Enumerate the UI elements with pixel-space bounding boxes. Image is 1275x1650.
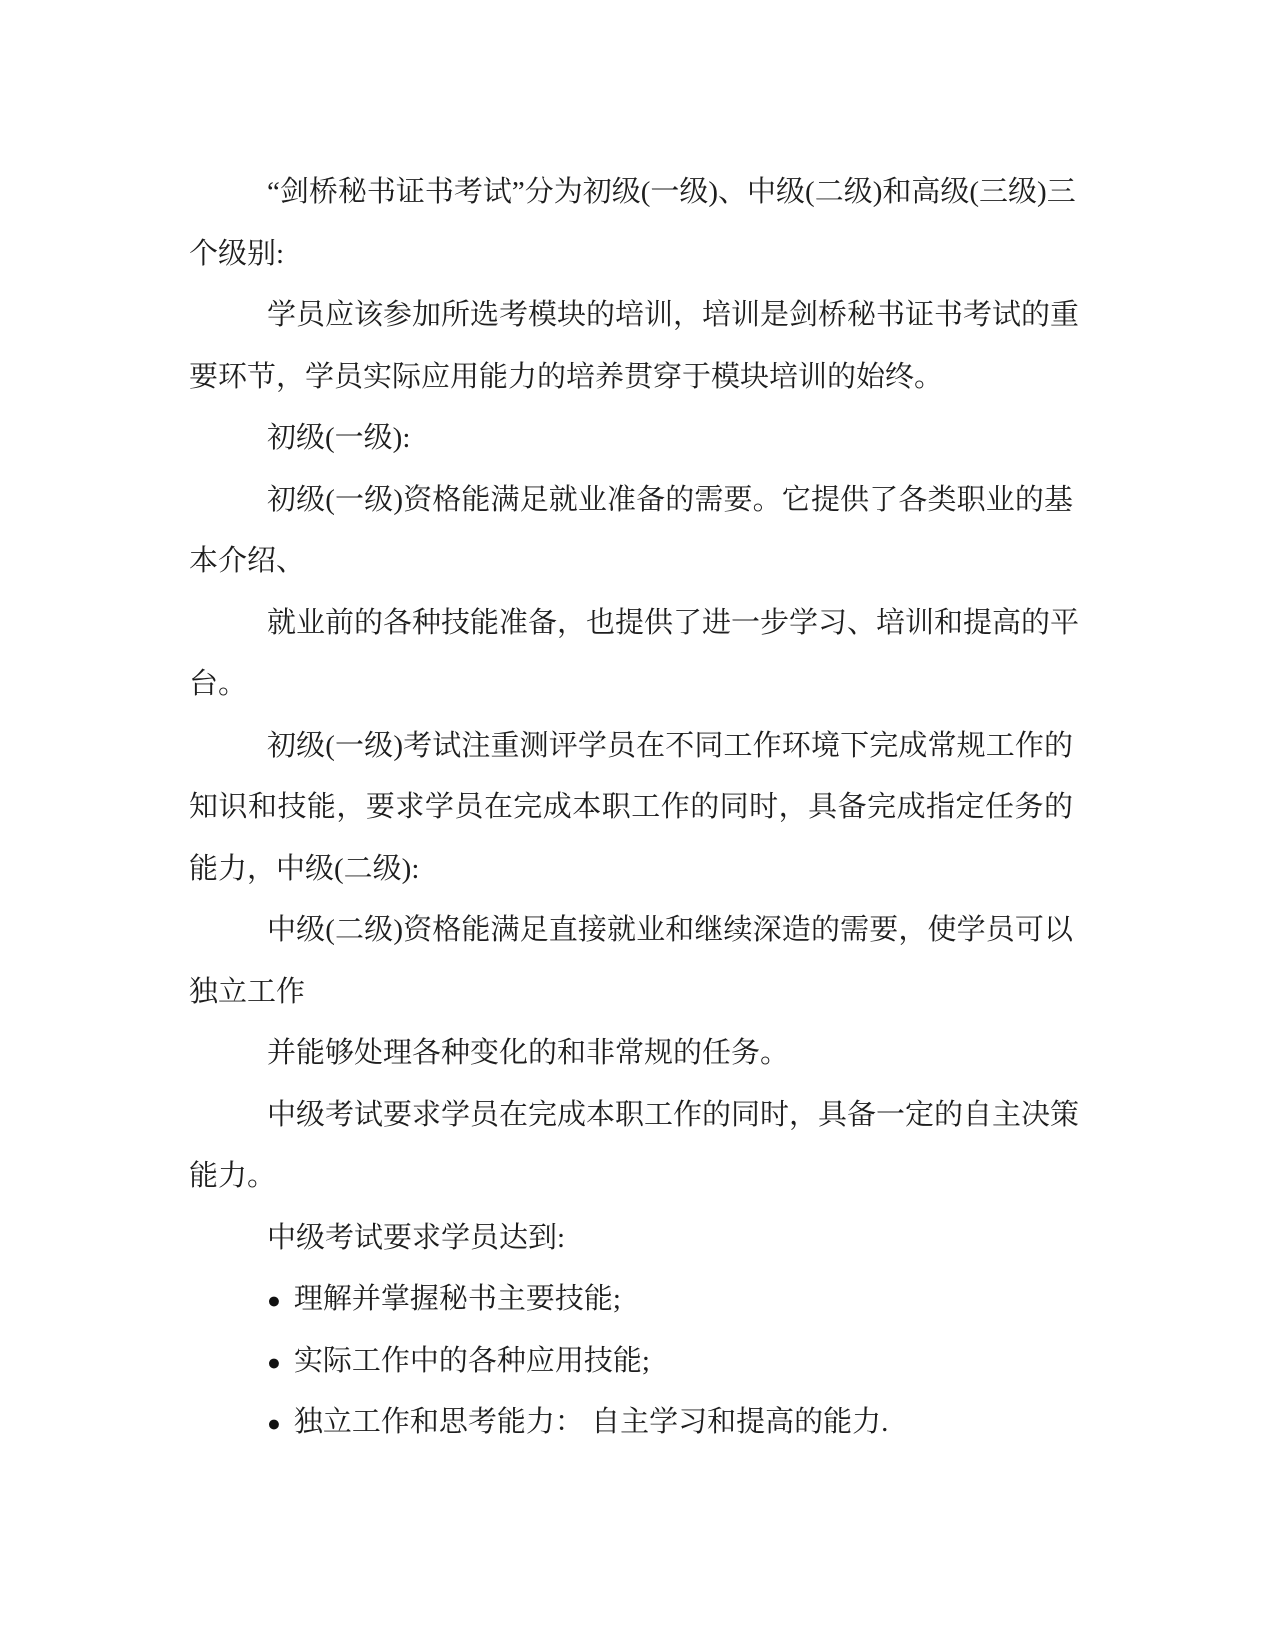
- line-text: 学员应该参加所选考模块的培训，培训是剑桥秘书证书考试的重: [267, 299, 1079, 331]
- bullet-line: ●独立工作和思考能力： 自主学习和提高的能力.: [189, 1392, 1073, 1454]
- text-line: 独立工作: [189, 962, 1073, 1024]
- line-text: 初级(一级):: [267, 422, 410, 454]
- text-line: 初级(一级)资格能满足就业准备的需要。它提供了各类职业的基: [189, 470, 1073, 532]
- bullet-icon: ●: [267, 1270, 281, 1332]
- text-line: 本介绍、: [189, 531, 1073, 593]
- line-text: 个级别:: [189, 238, 284, 270]
- text-line: 初级(一级)考试注重测评学员在不同工作环境下完成常规工作的: [189, 716, 1073, 778]
- bullet-icon: ●: [267, 1332, 281, 1394]
- line-text: 中级考试要求学员达到:: [267, 1222, 565, 1254]
- line-text: 要环节，学员实际应用能力的培养贯穿于模块培训的始终。: [189, 361, 943, 393]
- text-line: “剑桥秘书证书考试”分为初级(一级)、中级(二级)和高级(三级)三: [189, 162, 1073, 224]
- line-text: “剑桥秘书证书考试”分为初级(一级)、中级(二级)和高级(三级)三: [267, 176, 1076, 208]
- text-line: 并能够处理各种变化的和非常规的任务。: [189, 1023, 1073, 1085]
- document-body: “剑桥秘书证书考试”分为初级(一级)、中级(二级)和高级(三级)三个级别:学员应…: [189, 162, 1073, 1454]
- text-line: 学员应该参加所选考模块的培训，培训是剑桥秘书证书考试的重: [189, 285, 1073, 347]
- text-line: 就业前的各种技能准备，也提供了进一步学习、培训和提高的平: [189, 593, 1073, 655]
- line-text: 中级(二级)资格能满足直接就业和继续深造的需要，使学员可以: [267, 914, 1073, 946]
- text-line: 中级考试要求学员达到:: [189, 1208, 1073, 1270]
- text-line: 能力。: [189, 1146, 1073, 1208]
- line-text: 知识和技能，要求学员在完成本职工作的同时，具备完成指定任务的: [189, 791, 1073, 823]
- line-text: 理解并掌握秘书主要技能;: [294, 1283, 621, 1315]
- line-text: 就业前的各种技能准备，也提供了进一步学习、培训和提高的平: [267, 607, 1079, 639]
- text-line: 能力，中级(二级):: [189, 839, 1073, 901]
- line-text: 初级(一级)资格能满足就业准备的需要。它提供了各类职业的基: [267, 484, 1073, 516]
- line-text: 能力。: [189, 1160, 276, 1192]
- text-line: 初级(一级):: [189, 408, 1073, 470]
- line-text: 中级考试要求学员在完成本职工作的同时，具备一定的自主决策: [267, 1099, 1079, 1131]
- bullet-line: ●实际工作中的各种应用技能;: [189, 1331, 1073, 1393]
- text-line: 中级考试要求学员在完成本职工作的同时，具备一定的自主决策: [189, 1085, 1073, 1147]
- line-text: 实际工作中的各种应用技能;: [294, 1345, 650, 1377]
- text-line: 中级(二级)资格能满足直接就业和继续深造的需要，使学员可以: [189, 900, 1073, 962]
- text-line: 个级别:: [189, 224, 1073, 286]
- line-text: 独立工作: [189, 976, 305, 1008]
- bullet-line: ●理解并掌握秘书主要技能;: [189, 1269, 1073, 1331]
- text-line: 台。: [189, 654, 1073, 716]
- line-text: 并能够处理各种变化的和非常规的任务。: [267, 1037, 789, 1069]
- line-text: 初级(一级)考试注重测评学员在不同工作环境下完成常规工作的: [267, 730, 1073, 762]
- line-text: 本介绍、: [189, 545, 305, 577]
- line-text: 能力，中级(二级):: [189, 853, 419, 885]
- bullet-icon: ●: [267, 1393, 281, 1455]
- line-text: 台。: [189, 668, 247, 700]
- text-line: 要环节，学员实际应用能力的培养贯穿于模块培训的始终。: [189, 347, 1073, 409]
- line-text: 独立工作和思考能力： 自主学习和提高的能力.: [294, 1406, 889, 1438]
- text-line: 知识和技能，要求学员在完成本职工作的同时，具备完成指定任务的: [189, 777, 1073, 839]
- document-page: “剑桥秘书证书考试”分为初级(一级)、中级(二级)和高级(三级)三个级别:学员应…: [0, 0, 1275, 1650]
